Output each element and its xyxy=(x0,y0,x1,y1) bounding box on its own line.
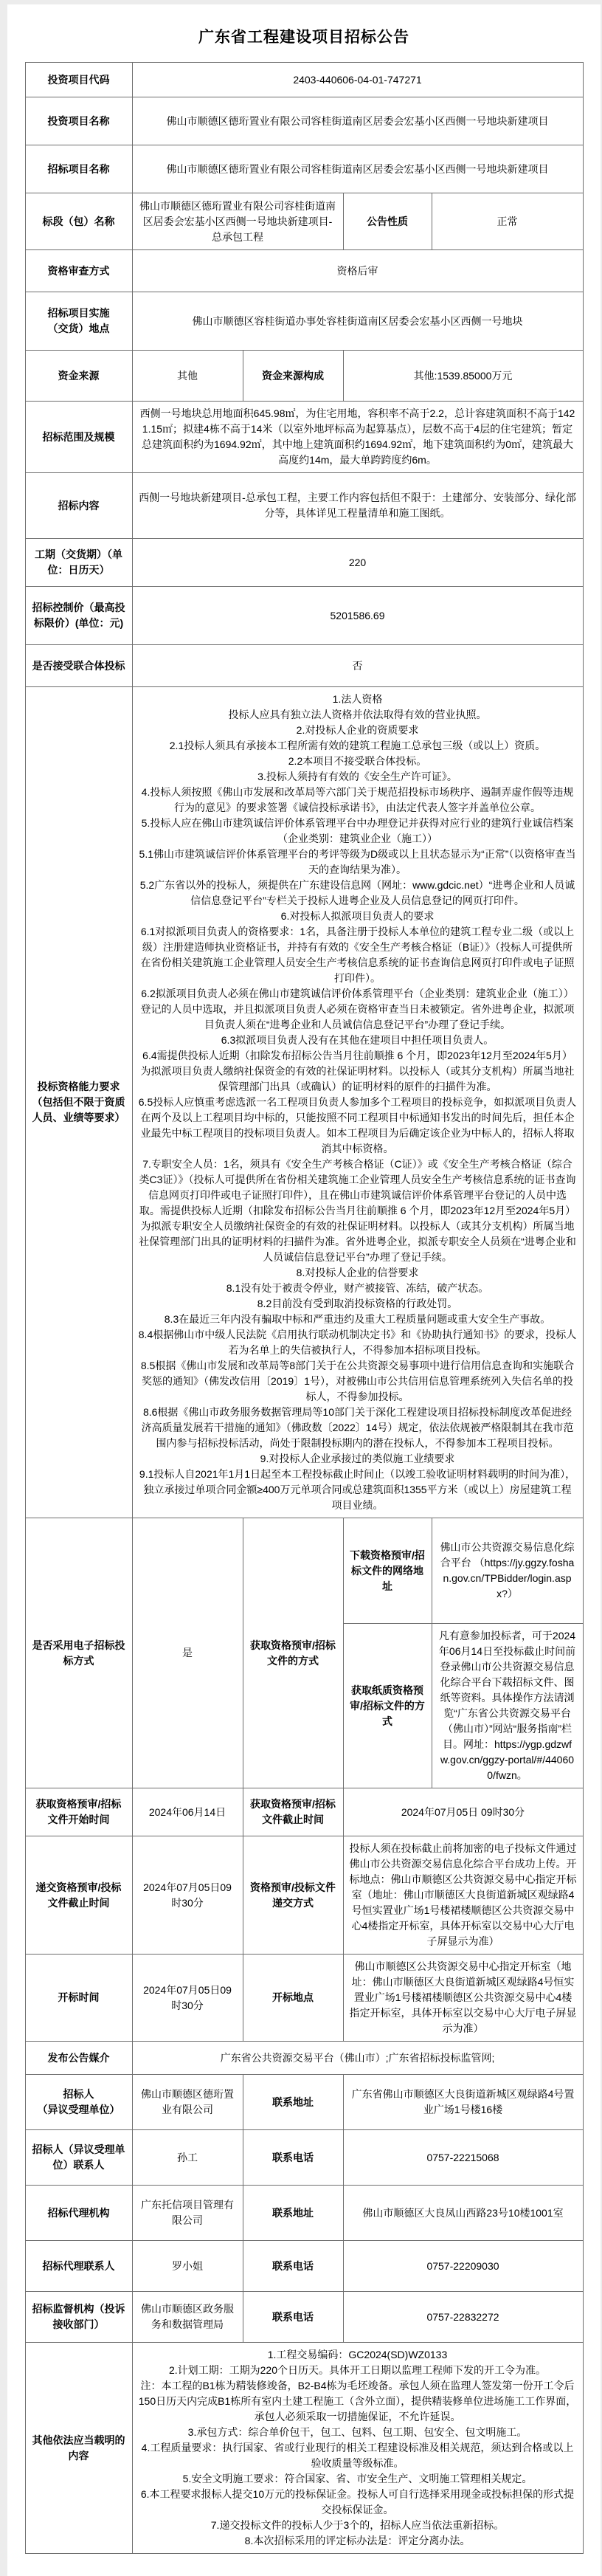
investment-name-value: 佛山市顺德区德珩置业有限公司容桂街道南区居委会宏基小区西侧一号地块新建项目 xyxy=(132,97,583,145)
obtain-deadline-value: 2024年07月05日 09时30分 xyxy=(343,1788,583,1836)
obtain-deadline-label: 获取资格预审/招标文件截止时间 xyxy=(243,1788,343,1836)
tender-scope-label: 招标范围及规模 xyxy=(25,402,132,473)
row-electronic-bidding: 是否采用电子招标投标方式 是 获取资格预审/招标文件的方式 下载资格预审/招标文… xyxy=(25,1518,583,1624)
row-investment-name: 投资项目名称 佛山市顺德区德珩置业有限公司容桂街道南区居委会宏基小区西侧一号地块… xyxy=(25,97,583,145)
duration-value: 220 xyxy=(132,539,583,587)
page-title: 广东省工程建设项目招标公告 xyxy=(21,25,587,47)
tenderer-address-value: 广东省佛山市顺德区大良街道新城区观绿路4号置业广场1号楼16楼 xyxy=(343,2075,583,2130)
tender-content-label: 招标内容 xyxy=(25,473,132,539)
duration-label: 工期（交货期）（单位：日历天） xyxy=(25,539,132,587)
row-other-content: 其他依法应当载明的内容 1.工程交易编码：GC2024(SD)WZ0133 2.… xyxy=(25,2343,583,2554)
agency-address-value: 佛山市顺德区大良凤山西路23号10楼1001室 xyxy=(343,2186,583,2241)
funding-source-value: 其他 xyxy=(132,351,243,402)
submit-method-value: 投标人须在投标截止前将加密的电子投标文件通过佛山市公共资源交易信息化综合平台成功… xyxy=(343,1836,583,1955)
supervisor-phone-value: 0757-22832272 xyxy=(343,2292,583,2343)
qualification-method-label: 资格审查方式 xyxy=(25,250,132,292)
opening-place-label: 开标地点 xyxy=(243,1955,343,2042)
row-section-name: 标段（包）名称 佛山市顺德区德珩置业有限公司容桂街道南区居委会宏基小区西侧一号地… xyxy=(25,193,583,250)
opening-time-label: 开标时间 xyxy=(25,1955,132,2042)
capability-requirements-value: 1.法人资格 投标人应具有独立法人资格并依法取得有效的营业执照。 2.对投标人企… xyxy=(132,687,583,1518)
tenderer-contact-label: 招标人（异议受理单位）联系人 xyxy=(25,2130,132,2186)
project-location-label: 招标项目实施 （交货）地点 xyxy=(25,292,132,351)
electronic-bidding-value: 是 xyxy=(132,1518,243,1788)
row-funding-source: 资金来源 其他 资金来源构成 其他:1539.85000万元 xyxy=(25,351,583,402)
tender-name-label: 招标项目名称 xyxy=(25,145,132,193)
supervisor-value: 佛山市顺德区政务服务和数据管理局 xyxy=(132,2292,243,2343)
section-name-value: 佛山市顺德区德珩置业有限公司容桂街道南区居委会宏基小区西侧一号地块新建项目-总承… xyxy=(132,193,343,250)
row-opening: 开标时间 2024年07月05日09时30分 开标地点 佛山市顺德区公共资源交易… xyxy=(25,1955,583,2042)
announcement-table: 投资项目代码 2403-440606-04-01-747271 投资项目名称 佛… xyxy=(25,62,584,2554)
row-consortium: 是否接受联合体投标 否 xyxy=(25,645,583,687)
row-obtain-time: 获取资格预审/招标文件开始时间 2024年06月14日 获取资格预审/招标文件截… xyxy=(25,1788,583,1836)
row-supervisor: 招标监督机构（投诉接收部门） 佛山市顺德区政务服务和数据管理局 联系电话 075… xyxy=(25,2292,583,2343)
opening-time-value: 2024年07月05日09时30分 xyxy=(132,1955,243,2042)
tender-content-value: 西侧一号地块新建项目-总承包工程，主要工作内容包括但不限于：土建部分、安装部分、… xyxy=(132,473,583,539)
tenderer-address-label: 联系地址 xyxy=(243,2075,343,2130)
row-tender-scope: 招标范围及规模 西侧一号地块总用地面积645.98㎡，为住宅用地，容积率不高于2… xyxy=(25,402,583,473)
project-code-value: 2403-440606-04-01-747271 xyxy=(132,63,583,97)
row-agency: 招标代理机构 广东托信项目管理有限公司 联系地址 佛山市顺德区大良凤山西路23号… xyxy=(25,2186,583,2241)
row-project-code: 投资项目代码 2403-440606-04-01-747271 xyxy=(25,63,583,97)
investment-name-label: 投资项目名称 xyxy=(25,97,132,145)
row-announcement-media: 发布公告媒介 广东省公共资源交易平台（佛山市）;广东省招标投标监管网; xyxy=(25,2042,583,2075)
supervisor-label: 招标监督机构（投诉接收部门） xyxy=(25,2292,132,2343)
announcement-media-value: 广东省公共资源交易平台（佛山市）;广东省招标投标监管网; xyxy=(132,2042,583,2075)
tender-scope-value: 西侧一号地块总用地面积645.98㎡，为住宅用地，容积率不高于2.2，总计容建筑… xyxy=(132,402,583,473)
obtain-start-value: 2024年06月14日 xyxy=(132,1788,243,1836)
row-submit-deadline: 递交资格预审/投标文件截止时间 2024年07月05日09时30分 资格预审/投… xyxy=(25,1836,583,1955)
obtain-documents-method-label: 获取资格预审/招标文件的方式 xyxy=(243,1518,343,1788)
row-tender-content: 招标内容 西侧一号地块新建项目-总承包工程，主要工作内容包括但不限于：土建部分、… xyxy=(25,473,583,539)
submit-method-label: 资格预审/投标文件递交方式 xyxy=(243,1836,343,1955)
consortium-label: 是否接受联合体投标 xyxy=(25,645,132,687)
funding-composition-value: 其他:1539.85000万元 xyxy=(343,351,583,402)
agency-value: 广东托信项目管理有限公司 xyxy=(132,2186,243,2241)
project-code-label: 投资项目代码 xyxy=(25,63,132,97)
row-qualification-method: 资格审查方式 资格后审 xyxy=(25,250,583,292)
other-content-label: 其他依法应当载明的内容 xyxy=(25,2343,132,2554)
download-address-value: 佛山市公共资源交易信息化综合平台 （https://jy.ggzy.foshan… xyxy=(432,1518,583,1624)
supervisor-phone-label: 联系电话 xyxy=(243,2292,343,2343)
paper-documents-value: 凡有意参加投标者，可于2024年06月14日至投标截止时间前登录佛山市公共资源交… xyxy=(432,1624,583,1788)
row-control-price: 招标控制价（最高投标限价）(单位：元) 5201586.69 xyxy=(25,587,583,645)
agency-contact-value: 罗小姐 xyxy=(132,2241,243,2292)
row-capability-requirements: 投标资格能力要求（包括但不限于资质人员、业绩等要求） 1.法人资格 投标人应具有… xyxy=(25,687,583,1518)
control-price-value: 5201586.69 xyxy=(132,587,583,645)
row-project-location: 招标项目实施 （交货）地点 佛山市顺德区容桂街道办事处容桂街道南区居委会宏基小区… xyxy=(25,292,583,351)
consortium-value: 否 xyxy=(132,645,583,687)
agency-contact-label: 招标代理联系人 xyxy=(25,2241,132,2292)
submit-deadline-value: 2024年07月05日09时30分 xyxy=(132,1836,243,1955)
tenderer-contact-value: 孙工 xyxy=(132,2130,243,2186)
row-tenderer: 招标人 （异议受理单位） 佛山市顺德区德珩置业有限公司 联系地址 广东省佛山市顺… xyxy=(25,2075,583,2130)
announcement-media-label: 发布公告媒介 xyxy=(25,2042,132,2075)
tenderer-phone-value: 0757-22215068 xyxy=(343,2130,583,2186)
qualification-method-value: 资格后审 xyxy=(132,250,583,292)
row-agency-contact: 招标代理联系人 罗小姐 联系电话 0757-22209030 xyxy=(25,2241,583,2292)
agency-address-label: 联系地址 xyxy=(243,2186,343,2241)
submit-deadline-label: 递交资格预审/投标文件截止时间 xyxy=(25,1836,132,1955)
row-duration: 工期（交货期）（单位：日历天） 220 xyxy=(25,539,583,587)
other-content-value: 1.工程交易编码：GC2024(SD)WZ0133 2.计划工期：工期为220个… xyxy=(132,2343,583,2554)
agency-phone-value: 0757-22209030 xyxy=(343,2241,583,2292)
section-name-label: 标段（包）名称 xyxy=(25,193,132,250)
electronic-bidding-label: 是否采用电子招标投标方式 xyxy=(25,1518,132,1788)
row-tenderer-contact: 招标人（异议受理单位）联系人 孙工 联系电话 0757-22215068 xyxy=(25,2130,583,2186)
opening-place-value: 佛山市顺德区公共资源交易中心指定开标室（地址：佛山市顺德区大良街道新城区观绿路4… xyxy=(343,1955,583,2042)
download-address-label: 下载资格预审/招标文件的网络地址 xyxy=(343,1518,432,1624)
paper-documents-label: 获取纸质资格预审/招标文件的方式 xyxy=(343,1624,432,1788)
agency-phone-label: 联系电话 xyxy=(243,2241,343,2292)
tender-name-value: 佛山市顺德区德珩置业有限公司容桂街道南区居委会宏基小区西侧一号地块新建项目 xyxy=(132,145,583,193)
notice-nature-value: 正常 xyxy=(432,193,583,250)
funding-composition-label: 资金来源构成 xyxy=(243,351,343,402)
obtain-start-label: 获取资格预审/招标文件开始时间 xyxy=(25,1788,132,1836)
project-location-value: 佛山市顺德区容桂街道办事处容桂街道南区居委会宏基小区西侧一号地块 xyxy=(132,292,583,351)
funding-source-label: 资金来源 xyxy=(25,351,132,402)
notice-nature-label: 公告性质 xyxy=(343,193,432,250)
row-tender-name: 招标项目名称 佛山市顺德区德珩置业有限公司容桂街道南区居委会宏基小区西侧一号地块… xyxy=(25,145,583,193)
capability-requirements-label: 投标资格能力要求（包括但不限于资质人员、业绩等要求） xyxy=(25,687,132,1518)
tenderer-phone-label: 联系电话 xyxy=(243,2130,343,2186)
tenderer-label: 招标人 （异议受理单位） xyxy=(25,2075,132,2130)
control-price-label: 招标控制价（最高投标限价）(单位：元) xyxy=(25,587,132,645)
announcement-page: 广东省工程建设项目招标公告 投资项目代码 2403-440606-04-01-7… xyxy=(7,4,601,2576)
tenderer-value: 佛山市顺德区德珩置业有限公司 xyxy=(132,2075,243,2130)
agency-label: 招标代理机构 xyxy=(25,2186,132,2241)
